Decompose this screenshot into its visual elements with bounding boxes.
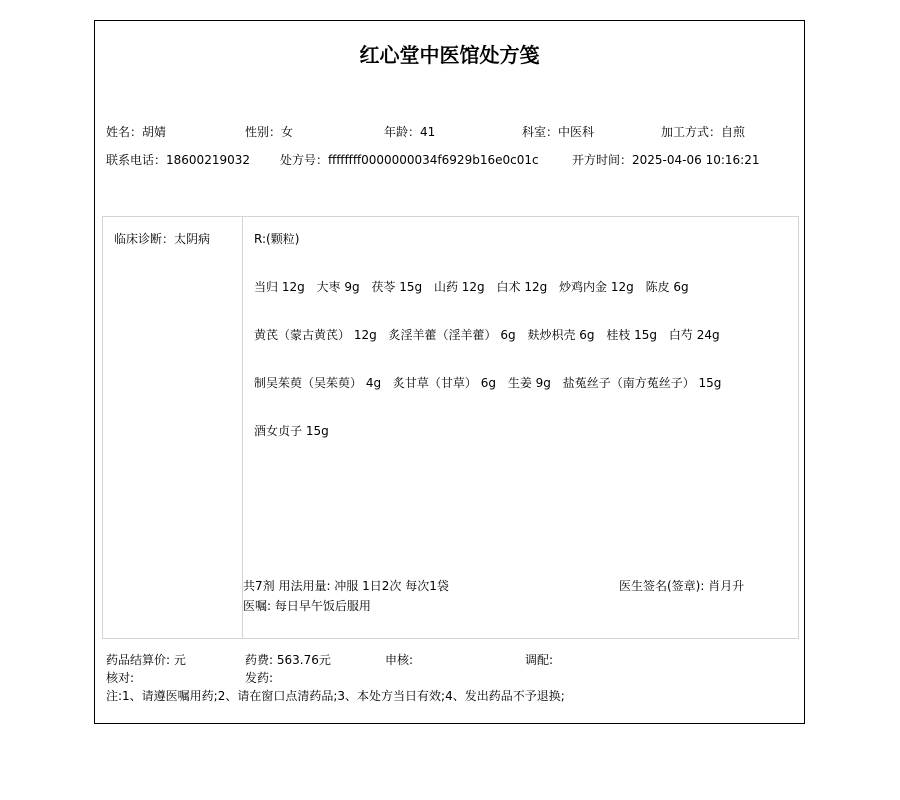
rx-time-value: 2025-04-06 10:16:21 bbox=[632, 153, 759, 167]
name-label: 姓名： bbox=[106, 125, 142, 139]
rx-header: R:(颗粒) bbox=[254, 230, 299, 247]
signature-label: 医生签名(签章): bbox=[619, 579, 708, 593]
patient-dept: 科室：中医科 bbox=[522, 123, 594, 140]
rx-number: 处方号：ffffffff0000000034f6929b16e0c01c bbox=[280, 151, 539, 168]
rx-time: 开方时间：2025-04-06 10:16:21 bbox=[572, 151, 759, 168]
rx-no-value: ffffffff0000000034f6929b16e0c01c bbox=[328, 153, 539, 167]
herb-item: 白芍 24g bbox=[669, 328, 720, 342]
dept-value: 中医科 bbox=[558, 125, 594, 139]
prescription-sheet: 红心堂中医馆处方笺 姓名：胡婧 性别：女 年龄：41 科室：中医科 加工方式：自… bbox=[94, 20, 805, 724]
herb-line-3: 制吴茱萸（吴茱萸） 4g 炙甘草（甘草） 6g 生姜 9g 盐菟丝子（南方菟丝子… bbox=[254, 374, 729, 391]
herb-item: 桂枝 15g bbox=[606, 328, 657, 342]
rx-time-label: 开方时间： bbox=[572, 153, 632, 167]
patient-gender: 性别：女 bbox=[245, 123, 293, 140]
herb-item: 麸炒枳壳 6g bbox=[527, 328, 594, 342]
doctor-signature: 医生签名(签章): 肖月升 bbox=[619, 577, 744, 594]
herb-line-2: 黄芪（蒙古黄芪） 12g 炙淫羊藿（淫羊藿） 6g 麸炒枳壳 6g 桂枝 15g… bbox=[254, 326, 728, 343]
issue: 发药: bbox=[245, 669, 273, 686]
herb-item: 生姜 9g bbox=[508, 376, 551, 390]
herb-line-1: 当归 12g 大枣 9g 茯苓 15g 山药 12g 白术 12g 炒鸡内金 1… bbox=[254, 278, 697, 295]
herb-item: 当归 12g bbox=[254, 280, 305, 294]
name-value: 胡婧 bbox=[142, 125, 166, 139]
fee-value: 563.76元 bbox=[277, 653, 331, 667]
review: 申核: bbox=[385, 651, 413, 668]
herb-item: 黄芪（蒙古黄芪） 12g bbox=[254, 328, 377, 342]
herb-item: 制吴茱萸（吴茱萸） 4g bbox=[254, 376, 381, 390]
herb-item: 陈皮 6g bbox=[646, 280, 689, 294]
usage-dosage: 共7剂 用法用量: 冲服 1日2次 每次1袋 bbox=[243, 577, 449, 594]
herb-item: 白术 12g bbox=[497, 280, 548, 294]
check: 核对: bbox=[106, 669, 134, 686]
diagnosis-value: 太阴病 bbox=[174, 232, 210, 246]
age-label: 年龄： bbox=[384, 125, 420, 139]
herb-item: 炙甘草（甘草） 6g bbox=[393, 376, 496, 390]
herb-item: 炒鸡内金 12g bbox=[559, 280, 634, 294]
patient-phone: 联系电话：18600219032 bbox=[106, 151, 250, 168]
footer-note: 注:1、请遵医嘱用药;2、请在窗口点清药品;3、本处方当日有效;4、发出药品不予… bbox=[106, 687, 565, 704]
phone-label: 联系电话： bbox=[106, 153, 166, 167]
herb-item: 盐菟丝子（南方菟丝子） 15g bbox=[563, 376, 722, 390]
doctor-advice: 医嘱: 每日早午饭后服用 bbox=[243, 597, 371, 614]
prescription-table: 临床诊断：太阴病 R:(颗粒) 当归 12g 大枣 9g 茯苓 15g 山药 1… bbox=[102, 216, 799, 639]
gender-label: 性别： bbox=[245, 125, 281, 139]
table-divider bbox=[242, 217, 243, 638]
herb-item: 炙淫羊藿（淫羊藿） 6g bbox=[389, 328, 516, 342]
settle-price: 药品结算价: 元 bbox=[106, 651, 186, 668]
diagnosis: 临床诊断：太阴病 bbox=[114, 230, 210, 247]
herb-item: 茯苓 15g bbox=[371, 280, 422, 294]
herb-item: 酒女贞子 15g bbox=[254, 424, 329, 438]
rx-no-label: 处方号： bbox=[280, 153, 328, 167]
dispense: 调配: bbox=[525, 651, 553, 668]
diagnosis-label: 临床诊断： bbox=[114, 232, 174, 246]
fee-label: 药费: bbox=[245, 653, 277, 667]
drug-fee: 药费: 563.76元 bbox=[245, 651, 331, 668]
herb-line-4: 酒女贞子 15g bbox=[254, 422, 337, 439]
process-method: 加工方式：自煎 bbox=[661, 123, 745, 140]
process-value: 自煎 bbox=[721, 125, 745, 139]
signature-value: 肖月升 bbox=[708, 579, 744, 593]
gender-value: 女 bbox=[281, 125, 293, 139]
process-label: 加工方式： bbox=[661, 125, 721, 139]
phone-value: 18600219032 bbox=[166, 153, 250, 167]
herb-item: 山药 12g bbox=[434, 280, 485, 294]
age-value: 41 bbox=[420, 125, 435, 139]
dept-label: 科室： bbox=[522, 125, 558, 139]
patient-age: 年龄：41 bbox=[384, 123, 435, 140]
page-title: 红心堂中医馆处方笺 bbox=[95, 39, 804, 68]
patient-name: 姓名：胡婧 bbox=[106, 123, 166, 140]
herb-item: 大枣 9g bbox=[317, 280, 360, 294]
